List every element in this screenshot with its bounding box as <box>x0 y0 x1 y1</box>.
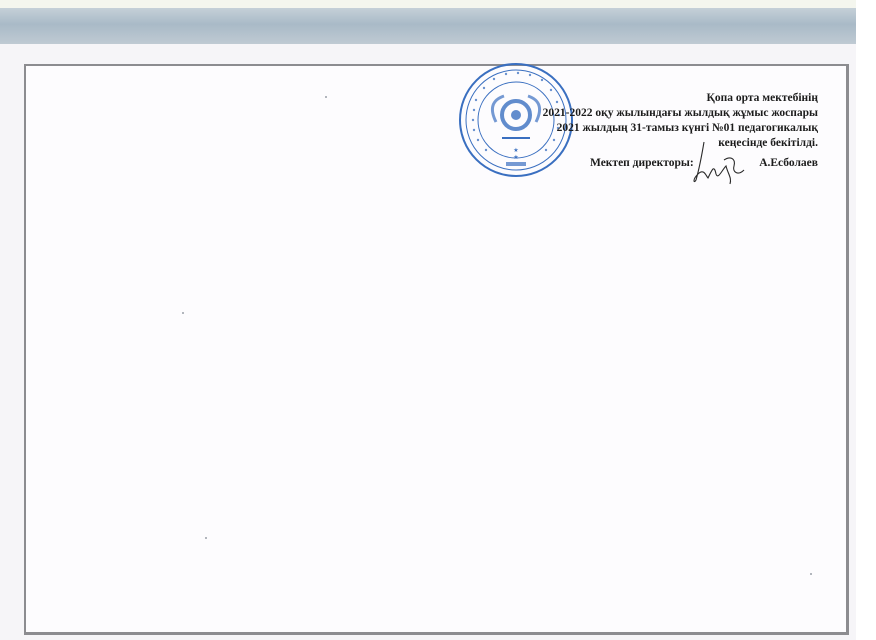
svg-text:★: ★ <box>513 154 518 161</box>
svg-text:★: ★ <box>513 147 518 154</box>
approval-heading: Қопа орта мектебінің 2021-2022 оқу жылын… <box>543 91 818 151</box>
scan-speck <box>325 96 327 98</box>
heading-line-council: 2021 жылдың 31-тамыз күнгі №01 педагогик… <box>543 121 818 136</box>
signature-icon <box>686 140 748 186</box>
scan-top-edge <box>0 0 876 8</box>
scan-speck <box>182 312 184 314</box>
director-name: А.Есболаев <box>759 157 818 169</box>
scan-speck <box>205 537 207 539</box>
scanner-background-band <box>0 8 856 44</box>
heading-line-plan: 2021-2022 оқу жылындағы жылдық жұмыс жос… <box>543 106 818 121</box>
scan-right-edge <box>856 0 876 640</box>
director-label: Мектеп директоры: <box>590 157 694 169</box>
heading-line-approved: кеңесінде бекітілді. <box>543 136 818 151</box>
heading-line-school: Қопа орта мектебінің <box>543 91 818 106</box>
scan-speck <box>810 573 812 575</box>
